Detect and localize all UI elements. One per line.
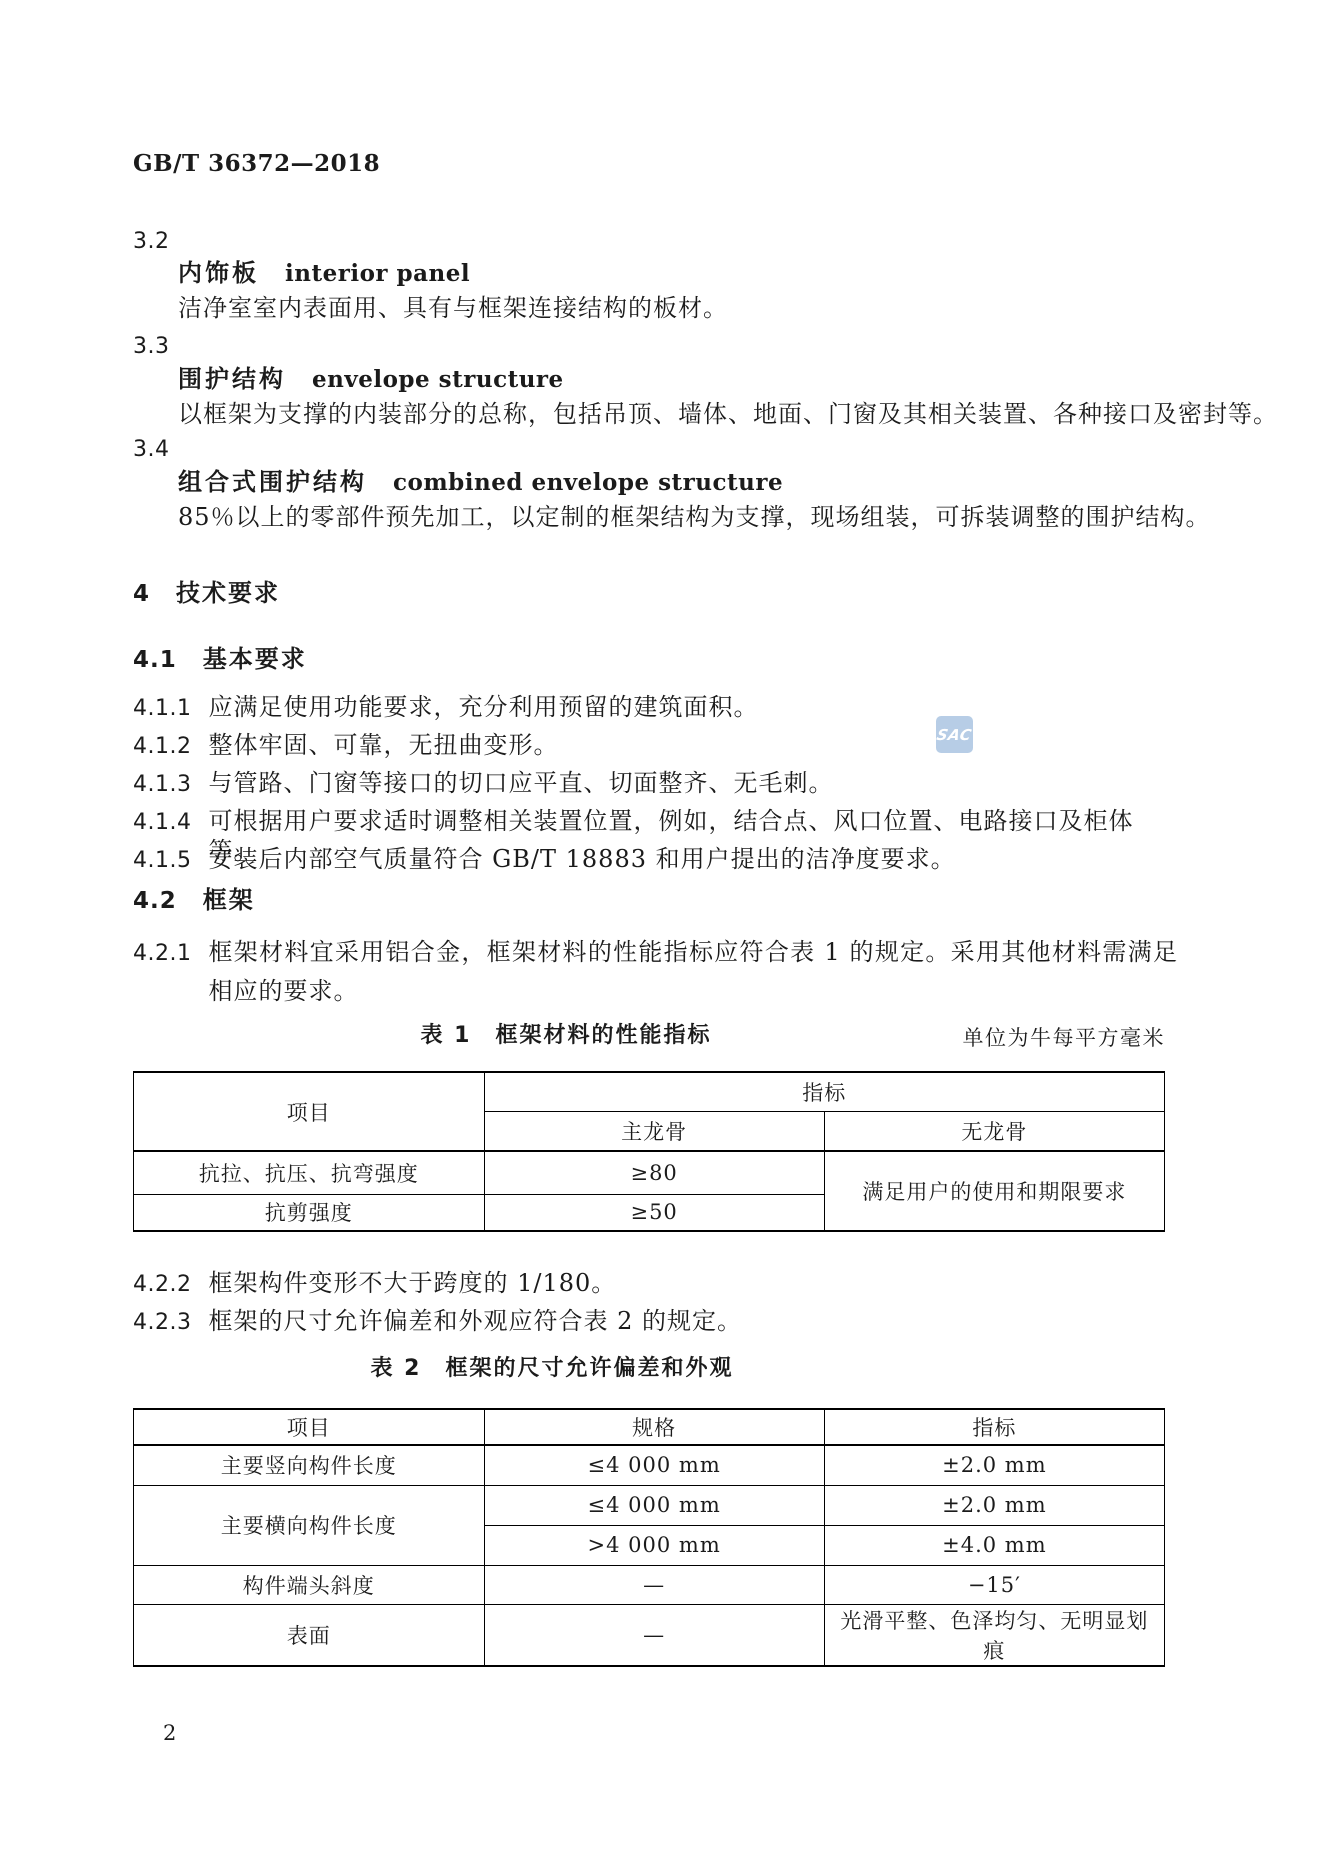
table-2-frame-tolerance-appearance: 项目 规格 指标 主要竖向构件长度 ≤4 000 mm ±2.0 mm 主要横向… xyxy=(133,1408,1165,1667)
table2-cell-item: 主要竖向构件长度 xyxy=(134,1445,485,1485)
clause-number: 4.1.2 xyxy=(133,733,191,761)
table2-header-spec: 规格 xyxy=(484,1409,824,1445)
term-english: envelope structure xyxy=(312,366,564,393)
clause-number: 4.1.4 xyxy=(133,809,191,837)
document-page: GB/T 36372—2018 3.2 内饰板interior panel 洁净… xyxy=(0,0,1323,1871)
clause-4-1-1: 4.1.1 应满足使用功能要求，充分利用预留的建筑面积。 xyxy=(133,692,1178,723)
clause-text: 框架的尺寸允许偏差和外观应符合表 2 的规定。 xyxy=(208,1306,742,1336)
section-heading-4: 4 技术要求 xyxy=(133,578,280,609)
table1-caption-row: 表 1 框架材料的性能指标 单位为牛每平方毫米 xyxy=(133,1022,1165,1052)
section-title: 技术要求 xyxy=(176,578,280,608)
term-chinese: 围护结构 xyxy=(178,365,286,393)
table2-cell-spec: ≤4 000 mm xyxy=(484,1445,824,1485)
definition-term: 围护结构envelope structure xyxy=(178,364,564,395)
table1-cell-item: 抗剪强度 xyxy=(134,1194,485,1231)
sac-watermark-text: SAC xyxy=(935,726,973,744)
clause-number: 4.1.3 xyxy=(133,771,191,799)
table1-cell-value: ≥80 xyxy=(484,1151,824,1194)
definition-body: 以框架为支撑的内装部分的总称，包括吊顶、墙体、地面、门窗及其相关装置、各种接口及… xyxy=(178,399,1278,429)
table2-cell-spec: — xyxy=(484,1565,824,1604)
section-number: 4.2 xyxy=(133,887,177,916)
table1-cell-value: ≥50 xyxy=(484,1194,824,1231)
clause-text: 与管路、门窗等接口的切口应平直、切面整齐、无毛刺。 xyxy=(208,768,833,798)
clause-text: 安装后内部空气质量符合 GB/T 18883 和用户提出的洁净度要求。 xyxy=(208,844,955,874)
table1-header-item: 项目 xyxy=(134,1072,485,1151)
clause-number: 4.2.3 xyxy=(133,1309,191,1337)
clause-4-1-5: 4.1.5 安装后内部空气质量符合 GB/T 18883 和用户提出的洁净度要求… xyxy=(133,844,1178,875)
clause-number: 4.1.5 xyxy=(133,847,191,875)
clause-number: 4.1.1 xyxy=(133,695,191,723)
clause-text: 框架材料宜采用铝合金，框架材料的性能指标应符合表 1 的规定。采用其他材料需满足… xyxy=(208,933,1178,1011)
clause-number: 4.2.2 xyxy=(133,1271,191,1299)
term-chinese: 内饰板 xyxy=(178,259,259,287)
table1-caption: 表 1 框架材料的性能指标 xyxy=(421,1022,712,1050)
section-heading-4-1: 4.1 基本要求 xyxy=(133,644,307,675)
definition-number: 3.2 xyxy=(133,228,170,256)
sac-watermark: SAC xyxy=(936,716,973,753)
definition-body: 洁净室室内表面用、具有与框架连接结构的板材。 xyxy=(178,293,728,323)
term-english: combined envelope structure xyxy=(393,469,783,496)
section-number: 4.1 xyxy=(133,646,177,675)
term-chinese: 组合式围护结构 xyxy=(178,468,367,496)
term-english: interior panel xyxy=(285,260,470,287)
table2-cell-value: ±2.0 mm xyxy=(824,1445,1164,1485)
section-number: 4 xyxy=(133,580,150,609)
clause-text: 应满足使用功能要求，充分利用预留的建筑面积。 xyxy=(208,692,758,722)
standard-number-header: GB/T 36372—2018 xyxy=(133,150,380,179)
clause-number: 4.2.1 xyxy=(133,934,191,973)
table2-cell-spec: >4 000 mm xyxy=(484,1525,824,1565)
clause-text: 框架构件变形不大于跨度的 1/180。 xyxy=(208,1268,616,1298)
table2-cell-item: 表面 xyxy=(134,1604,485,1666)
definition-number: 3.4 xyxy=(133,436,170,464)
section-title: 基本要求 xyxy=(203,644,307,674)
table2-header-indicator: 指标 xyxy=(824,1409,1164,1445)
table2-cell-value: ±2.0 mm xyxy=(824,1485,1164,1525)
section-heading-4-2: 4.2 框架 xyxy=(133,885,255,916)
table1-cell-merged: 满足用户的使用和期限要求 xyxy=(824,1151,1164,1231)
table1-header-main-keel: 主龙骨 xyxy=(484,1111,824,1151)
table2-cell-value: ±4.0 mm xyxy=(824,1525,1164,1565)
table2-header-item: 项目 xyxy=(134,1409,485,1445)
table2-cell-value: −15′ xyxy=(824,1565,1164,1604)
clause-text: 整体牢固、可靠，无扭曲变形。 xyxy=(208,730,558,760)
clause-4-1-3: 4.1.3 与管路、门窗等接口的切口应平直、切面整齐、无毛刺。 xyxy=(133,768,1178,799)
definition-body: 85％以上的零部件预先加工，以定制的框架结构为支撑，现场组装，可拆装调整的围护结… xyxy=(178,502,1211,532)
table2-cell-spec: ≤4 000 mm xyxy=(484,1485,824,1525)
table1-cell-item: 抗拉、抗压、抗弯强度 xyxy=(134,1151,485,1194)
table2-cell-item: 构件端头斜度 xyxy=(134,1565,485,1604)
section-title: 框架 xyxy=(203,885,255,915)
table2-cell-item-merged: 主要横向构件长度 xyxy=(134,1485,485,1565)
table2-cell-spec: — xyxy=(484,1604,824,1666)
table-1-frame-material-performance: 项目 指标 主龙骨 无龙骨 抗拉、抗压、抗弯强度 ≥80 满足用户的使用和期限要… xyxy=(133,1071,1165,1232)
table1-header-no-keel: 无龙骨 xyxy=(824,1111,1164,1151)
table2-caption-row: 表 2 框架的尺寸允许偏差和外观 xyxy=(133,1355,1165,1385)
clause-4-2-3: 4.2.3 框架的尺寸允许偏差和外观应符合表 2 的规定。 xyxy=(133,1306,1178,1337)
table2-cell-value: 光滑平整、色泽均匀、无明显划痕 xyxy=(824,1604,1164,1666)
clause-4-1-2: 4.1.2 整体牢固、可靠，无扭曲变形。 xyxy=(133,730,1178,761)
definition-term: 组合式围护结构combined envelope structure xyxy=(178,467,783,498)
table2-caption: 表 2 框架的尺寸允许偏差和外观 xyxy=(371,1355,734,1383)
page-number: 2 xyxy=(163,1720,176,1746)
table1-unit-note: 单位为牛每平方毫米 xyxy=(963,1025,1166,1051)
clause-4-2-2: 4.2.2 框架构件变形不大于跨度的 1/180。 xyxy=(133,1268,1178,1299)
clause-4-2-1: 4.2.1 框架材料宜采用铝合金，框架材料的性能指标应符合表 1 的规定。采用其… xyxy=(133,933,1178,1011)
definition-term: 内饰板interior panel xyxy=(178,258,470,289)
table1-header-indicator: 指标 xyxy=(484,1072,1164,1111)
definition-number: 3.3 xyxy=(133,333,170,361)
